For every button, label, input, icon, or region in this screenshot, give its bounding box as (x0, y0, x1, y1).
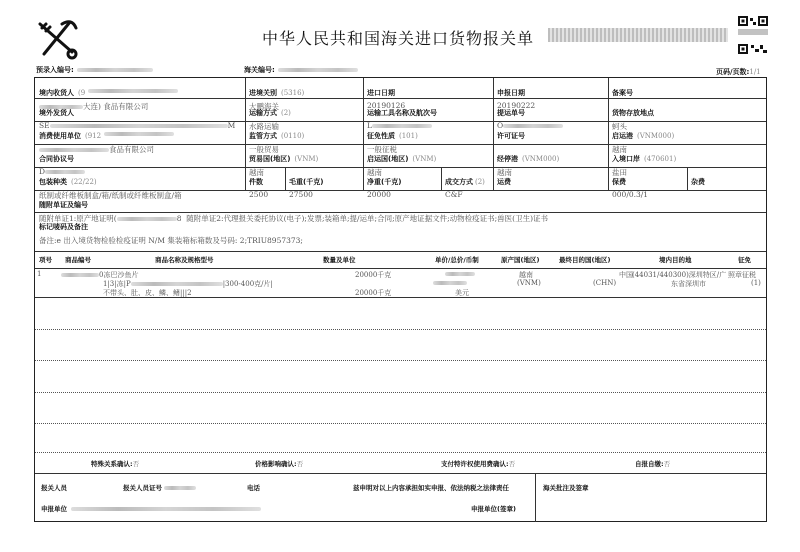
declaration-form: 境内收货人(9 大连) 食品有限公司 进境关别(5316) 大鹏海关 进口日期 … (34, 77, 767, 522)
page-count: 页码/页数:1/1 (716, 67, 761, 77)
special-relation-confirm: 特殊关系确认:否 (91, 459, 139, 468)
barcode-redacted (548, 28, 728, 42)
declare-unit-seal: 申报单位(签章) (471, 504, 516, 513)
license-no-cell: 许可证号 (493, 121, 608, 146)
declare-unit-label: 申报单位 (41, 504, 261, 513)
self-report-confirm: 自报自缴:否 (635, 459, 670, 468)
col-index: 项号 (39, 255, 52, 264)
col-name-spec: 商品名称及规格型号 (155, 255, 214, 264)
misc-fee-cell: 杂费 (687, 167, 766, 192)
col-origin: 原产国(地区) (501, 255, 539, 264)
statement-text: 兹申明对以上内容承担如实申报、依法纳税之法律责任 (353, 483, 509, 492)
col-destination: 最终目的国(地区) (559, 255, 610, 264)
price-influence-confirm: 价格影响确认:否 (255, 459, 303, 468)
freight-cell: 运费 (493, 167, 608, 192)
col-domestic-dest: 境内目的地 (659, 255, 692, 264)
declarant-cert-label: 报关人员证号 (123, 483, 196, 492)
col-price: 单价/总价/币制 (435, 255, 479, 264)
customs-remarks-label: 海关批注及签章 (543, 483, 589, 492)
col-quantity: 数量及单位 (323, 255, 356, 264)
customs-emblem-icon (34, 16, 80, 60)
customs-no-label: 海关编号: (244, 65, 358, 75)
declarant-label: 报关人员 (41, 483, 67, 492)
marks-remarks-cell: 标记唛码及备注 备注:e 出入境货物检验检疫证明 N/M 集装箱标箱数及号码: … (35, 212, 766, 248)
document-title: 中华人民共和国海关进口货物报关单 (262, 26, 534, 49)
col-levy: 征免 (738, 255, 751, 264)
col-hs-code: 商品编号 (65, 255, 91, 264)
pre-entry-no-label: 预录入编号: (36, 65, 153, 75)
phone-label: 电话 (247, 483, 260, 492)
royalty-confirm: 支付特许权使用费确认:否 (441, 459, 515, 468)
qr-code-icon (738, 16, 768, 56)
